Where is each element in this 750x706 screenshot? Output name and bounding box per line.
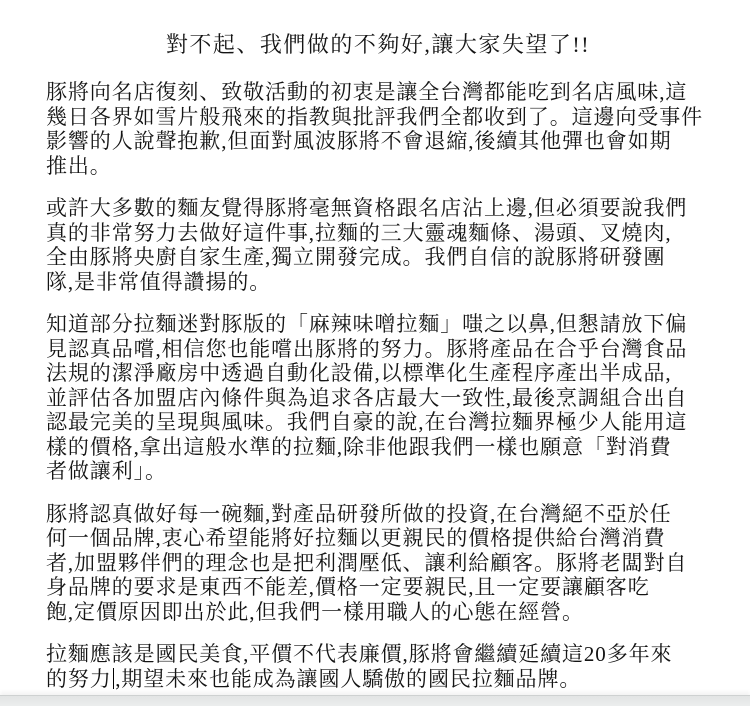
body-line: 法規的潔淨廠房中透過自動化設備,以標準化生產程序產出半成品,	[46, 361, 710, 386]
body-line: 或許大多數的麵友覺得豚將毫無資格跟名店沾上邊,但必須要說我們	[46, 196, 710, 221]
body-line: 幾日各界如雪片般飛來的指教與批評我們全都收到了。這邊向受事件	[46, 105, 710, 130]
text-cursor	[113, 668, 115, 689]
body-line: 推出。	[46, 154, 710, 179]
document-page[interactable]: 對不起、我們做的不夠好,讓大家失望了!! 豚將向名店復刻、致敬活動的初衷是讓全台…	[0, 0, 750, 695]
paragraph-5: 拉麵應該是國民美食,平價不代表廉價,豚將會繼續延續這20多年來 的努力,期望未來…	[46, 642, 710, 691]
paragraph-1: 豚將向名店復刻、致敬活動的初衷是讓全台灣都能吃到名店風味,這 幾日各界如雪片般飛…	[46, 80, 710, 178]
caret-line-after: ,期望未來也能成為讓國人驕傲的國民拉麵品牌。	[115, 667, 581, 691]
body-line: 並評估各加盟店內條件與為追求各店最大一致性,最後烹調組合出自	[46, 386, 710, 411]
document-title: 對不起、我們做的不夠好,讓大家失望了!!	[46, 31, 710, 59]
paragraph-2: 或許大多數的麵友覺得豚將毫無資格跟名店沾上邊,但必須要說我們 真的非常努力去做好…	[46, 196, 710, 294]
paragraph-4: 豚將認真做好每一碗麵,對產品研發所做的投資,在台灣絕不亞於任 何一個品牌,衷心希…	[46, 502, 710, 625]
body-line: 者做讓利」。	[46, 459, 710, 484]
body-line: 認最完美的呈現與風味。我們自豪的說,在台灣拉麵界極少人能用這	[46, 410, 710, 435]
body-line: 真的非常努力去做好這件事,拉麵的三大靈魂麵條、湯頭、叉燒肉,	[46, 221, 710, 246]
body-line: 豚將認真做好每一碗麵,對產品研發所做的投資,在台灣絕不亞於任	[46, 502, 710, 527]
body-line: 者,加盟夥伴們的理念也是把利潤壓低、讓利給顧客。豚將老闆對自	[46, 551, 710, 576]
body-line: 見認真品嚐,相信您也能嚐出豚將的努力。豚將產品在合乎台灣食品	[46, 337, 710, 362]
body-line-with-caret: 的努力,期望未來也能成為讓國人驕傲的國民拉麵品牌。	[46, 667, 710, 692]
body-line: 身品牌的要求是東西不能差,價格一定要親民,且一定要讓顧客吃	[46, 575, 710, 600]
body-line: 飽,定價原因即出於此,但我們一樣用職人的心態在經營。	[46, 600, 710, 625]
body-line: 影響的人說聲抱歉,但面對風波豚將不會退縮,後續其他彈也會如期	[46, 129, 710, 154]
body-line: 豚將向名店復刻、致敬活動的初衷是讓全台灣都能吃到名店風味,這	[46, 80, 710, 105]
body-line: 全由豚將央廚自家生產,獨立開發完成。我們自信的說豚將研發團	[46, 245, 710, 270]
window-bottom-edge	[0, 695, 750, 706]
caret-line-before: 的努力	[46, 667, 112, 691]
paragraph-3: 知道部分拉麵迷對豚版的「麻辣味噌拉麵」嗤之以鼻,但懇請放下偏 見認真品嚐,相信您…	[46, 312, 710, 484]
body-line: 拉麵應該是國民美食,平價不代表廉價,豚將會繼續延續這20多年來	[46, 642, 710, 667]
body-line: 何一個品牌,衷心希望能將好拉麵以更親民的價格提供給台灣消費	[46, 526, 710, 551]
body-line: 知道部分拉麵迷對豚版的「麻辣味噌拉麵」嗤之以鼻,但懇請放下偏	[46, 312, 710, 337]
body-line: 隊,是非常值得讚揚的。	[46, 270, 710, 295]
body-line: 樣的價格,拿出這般水準的拉麵,除非他跟我們一樣也願意「對消費	[46, 435, 710, 460]
